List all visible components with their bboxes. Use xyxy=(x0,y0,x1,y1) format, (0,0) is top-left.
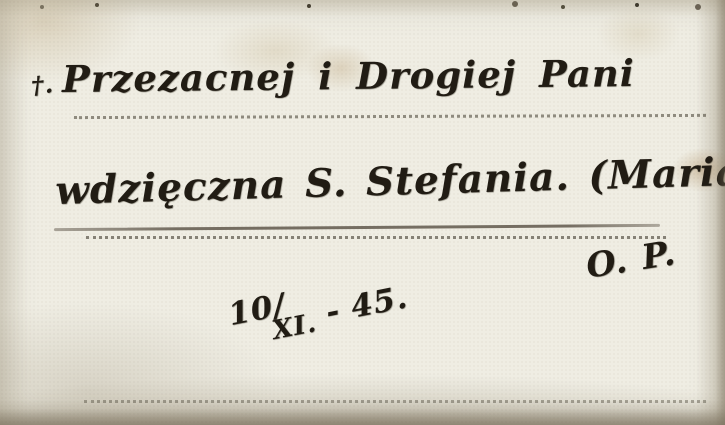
card-right-edge-shadow xyxy=(715,0,725,425)
dedication-line: Przezacnej i Drogiej Pani xyxy=(62,51,635,101)
card-bottom-edge-shadow xyxy=(0,409,725,425)
paper-specks xyxy=(95,3,99,7)
dotted-rule-line-1 xyxy=(74,114,706,119)
pencil-underline xyxy=(54,224,660,231)
signature-line: wdzięczna S. Stefania. (Marią xyxy=(55,149,725,214)
dotted-rule-line-2 xyxy=(86,236,666,239)
cross-mark: †. xyxy=(30,69,55,100)
order-initials: O. P. xyxy=(583,233,678,287)
handwritten-date: 10/ XI. - 45. xyxy=(225,256,458,386)
date-year: - 45. xyxy=(323,279,411,330)
dotted-rule-line-3 xyxy=(84,400,706,403)
handwritten-dedication-card: †. Przezacnej i Drogiej Pani wdzięczna S… xyxy=(0,0,725,425)
